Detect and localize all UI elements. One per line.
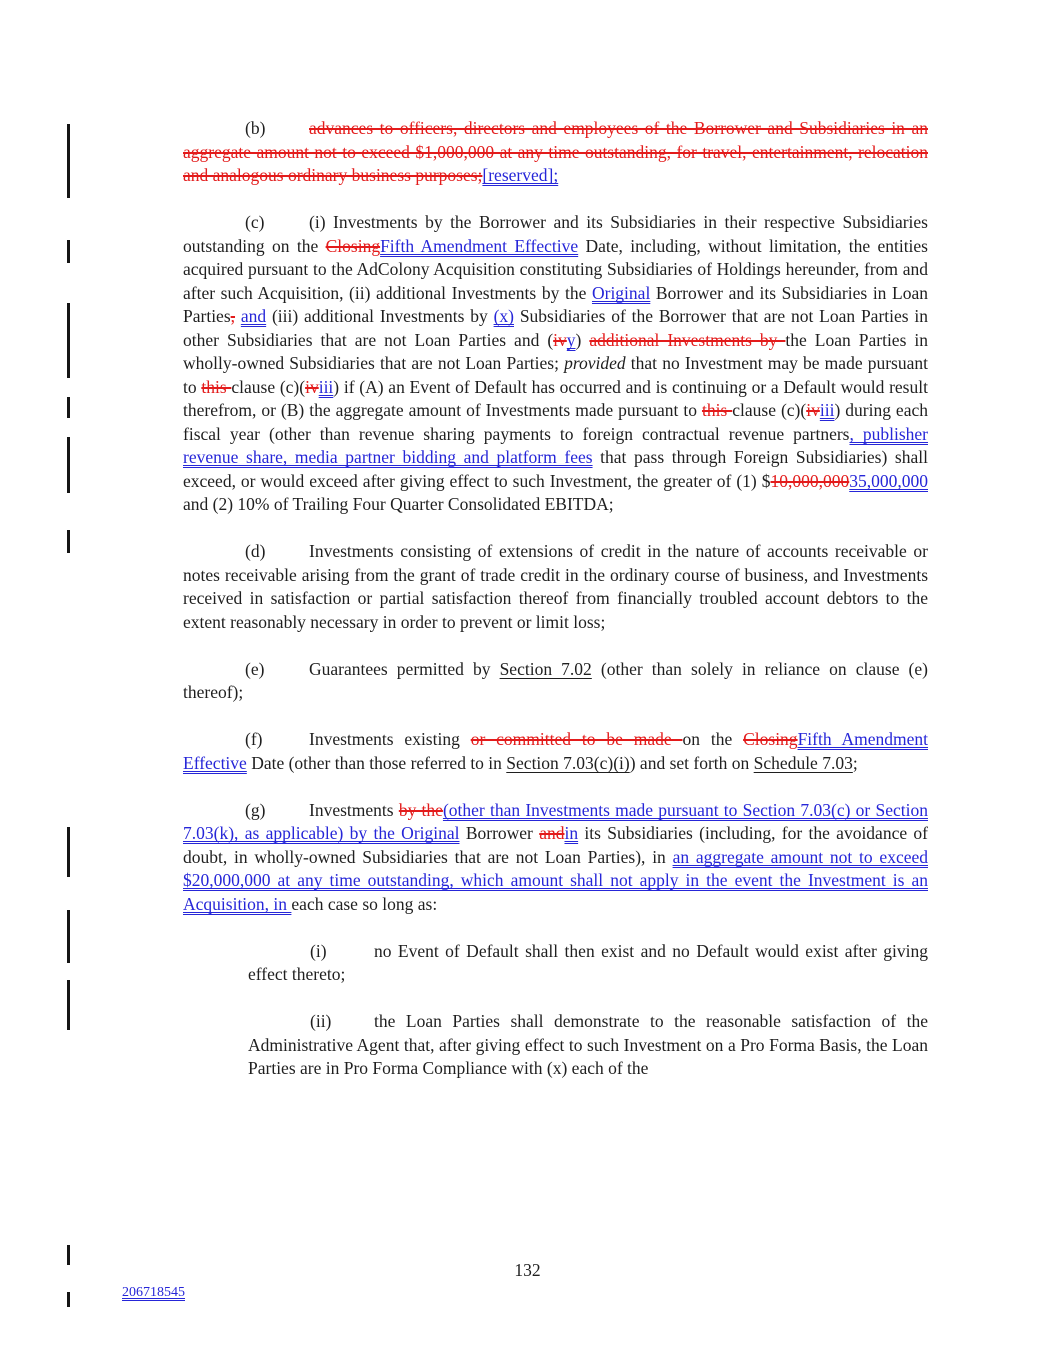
inserted-text: iii <box>319 377 334 397</box>
page-number: 132 <box>0 1260 1055 1281</box>
document-body: (b)advances to officers, directors and e… <box>183 117 928 1104</box>
deleted-text: iv <box>305 377 319 397</box>
body-text: ; <box>853 753 858 773</box>
body-text: clause (c)( <box>231 377 305 397</box>
change-bar <box>67 124 70 198</box>
cross-reference: Section 7.03(c)(i) <box>506 753 629 773</box>
change-bar <box>67 980 70 1030</box>
deleted-text: this <box>702 400 732 420</box>
change-bar <box>67 437 70 493</box>
change-bar <box>67 827 70 877</box>
cross-reference: Schedule 7.03 <box>754 753 853 773</box>
inserted-text: (x) <box>494 306 514 326</box>
subparagraph-ii: (ii)the Loan Parties shall demonstrate t… <box>248 1010 928 1081</box>
body-text: ) and set forth on <box>630 753 754 773</box>
deleted-text: iv <box>553 330 567 350</box>
inserted-text: Original <box>592 283 650 303</box>
inserted-text: 35,000,000 <box>849 471 928 491</box>
inserted-text: iii <box>820 400 835 420</box>
paragraph-c: (c)(i) Investments by the Borrower and i… <box>183 211 928 517</box>
paragraph-label: (g) <box>245 799 309 823</box>
change-bar <box>67 910 70 963</box>
body-text: Borrower <box>460 823 540 843</box>
deleted-text: iv <box>806 400 820 420</box>
paragraph-label: (f) <box>245 728 309 752</box>
paragraph-g: (g)Investments by the(other than Investm… <box>183 799 928 917</box>
inserted-text: [reserved]; <box>482 165 558 185</box>
change-bar <box>67 240 70 263</box>
inserted-text: in <box>564 823 578 843</box>
paragraph-label: (c) <box>245 211 309 235</box>
inserted-text: Fifth Amendment Effective <box>380 236 578 256</box>
paragraph-label: (b) <box>245 117 309 141</box>
deleted-text: or committed to be made <box>471 729 683 749</box>
body-text: Guarantees permitted by <box>309 659 500 679</box>
paragraph-label: (ii) <box>310 1010 374 1034</box>
subparagraph-i: (i)no Event of Default shall then exist … <box>248 940 928 987</box>
body-text: each case so long as: <box>291 894 437 914</box>
paragraph-e: (e)Guarantees permitted by Section 7.02 … <box>183 658 928 705</box>
change-bar <box>67 530 70 553</box>
body-text: and (2) 10% of Trailing Four Quarter Con… <box>183 494 614 514</box>
paragraph-label: (i) <box>310 940 374 964</box>
inserted-text: and <box>241 306 266 326</box>
deleted-text: Closing <box>743 729 797 749</box>
paragraph-f: (f)Investments existing or committed to … <box>183 728 928 775</box>
deleted-text: 10,000,000 <box>771 471 850 491</box>
body-text: clause (c)( <box>732 400 806 420</box>
inserted-text: y <box>567 330 576 350</box>
document-page: (b)advances to officers, directors and e… <box>0 0 1055 1365</box>
body-text: ) <box>576 330 590 350</box>
deleted-text: additional Investments by <box>589 330 785 350</box>
change-bar <box>67 303 70 378</box>
body-text: (iii) additional Investments by <box>266 306 493 326</box>
deleted-text: by the <box>399 800 443 820</box>
paragraph-d: (d)Investments consisting of extensions … <box>183 540 928 634</box>
cross-reference: Section 7.02 <box>500 659 592 679</box>
body-text: Date (other than those referred to in <box>247 753 506 773</box>
document-id-link[interactable]: 206718545 <box>122 1285 185 1301</box>
paragraph-b: (b)advances to officers, directors and e… <box>183 117 928 188</box>
body-text: Investments <box>309 800 399 820</box>
paragraph-label: (e) <box>245 658 309 682</box>
change-bar <box>67 1292 70 1307</box>
paragraph-label: (d) <box>245 540 309 564</box>
sub-clause-block: (i)no Event of Default shall then exist … <box>248 940 928 1081</box>
body-text: on the <box>682 729 743 749</box>
body-text: Investments existing <box>309 729 471 749</box>
deleted-text: Closing <box>326 236 380 256</box>
body-text: provided <box>564 353 626 373</box>
deleted-text: this <box>201 377 231 397</box>
change-bar <box>67 397 70 418</box>
deleted-text: and <box>539 823 564 843</box>
